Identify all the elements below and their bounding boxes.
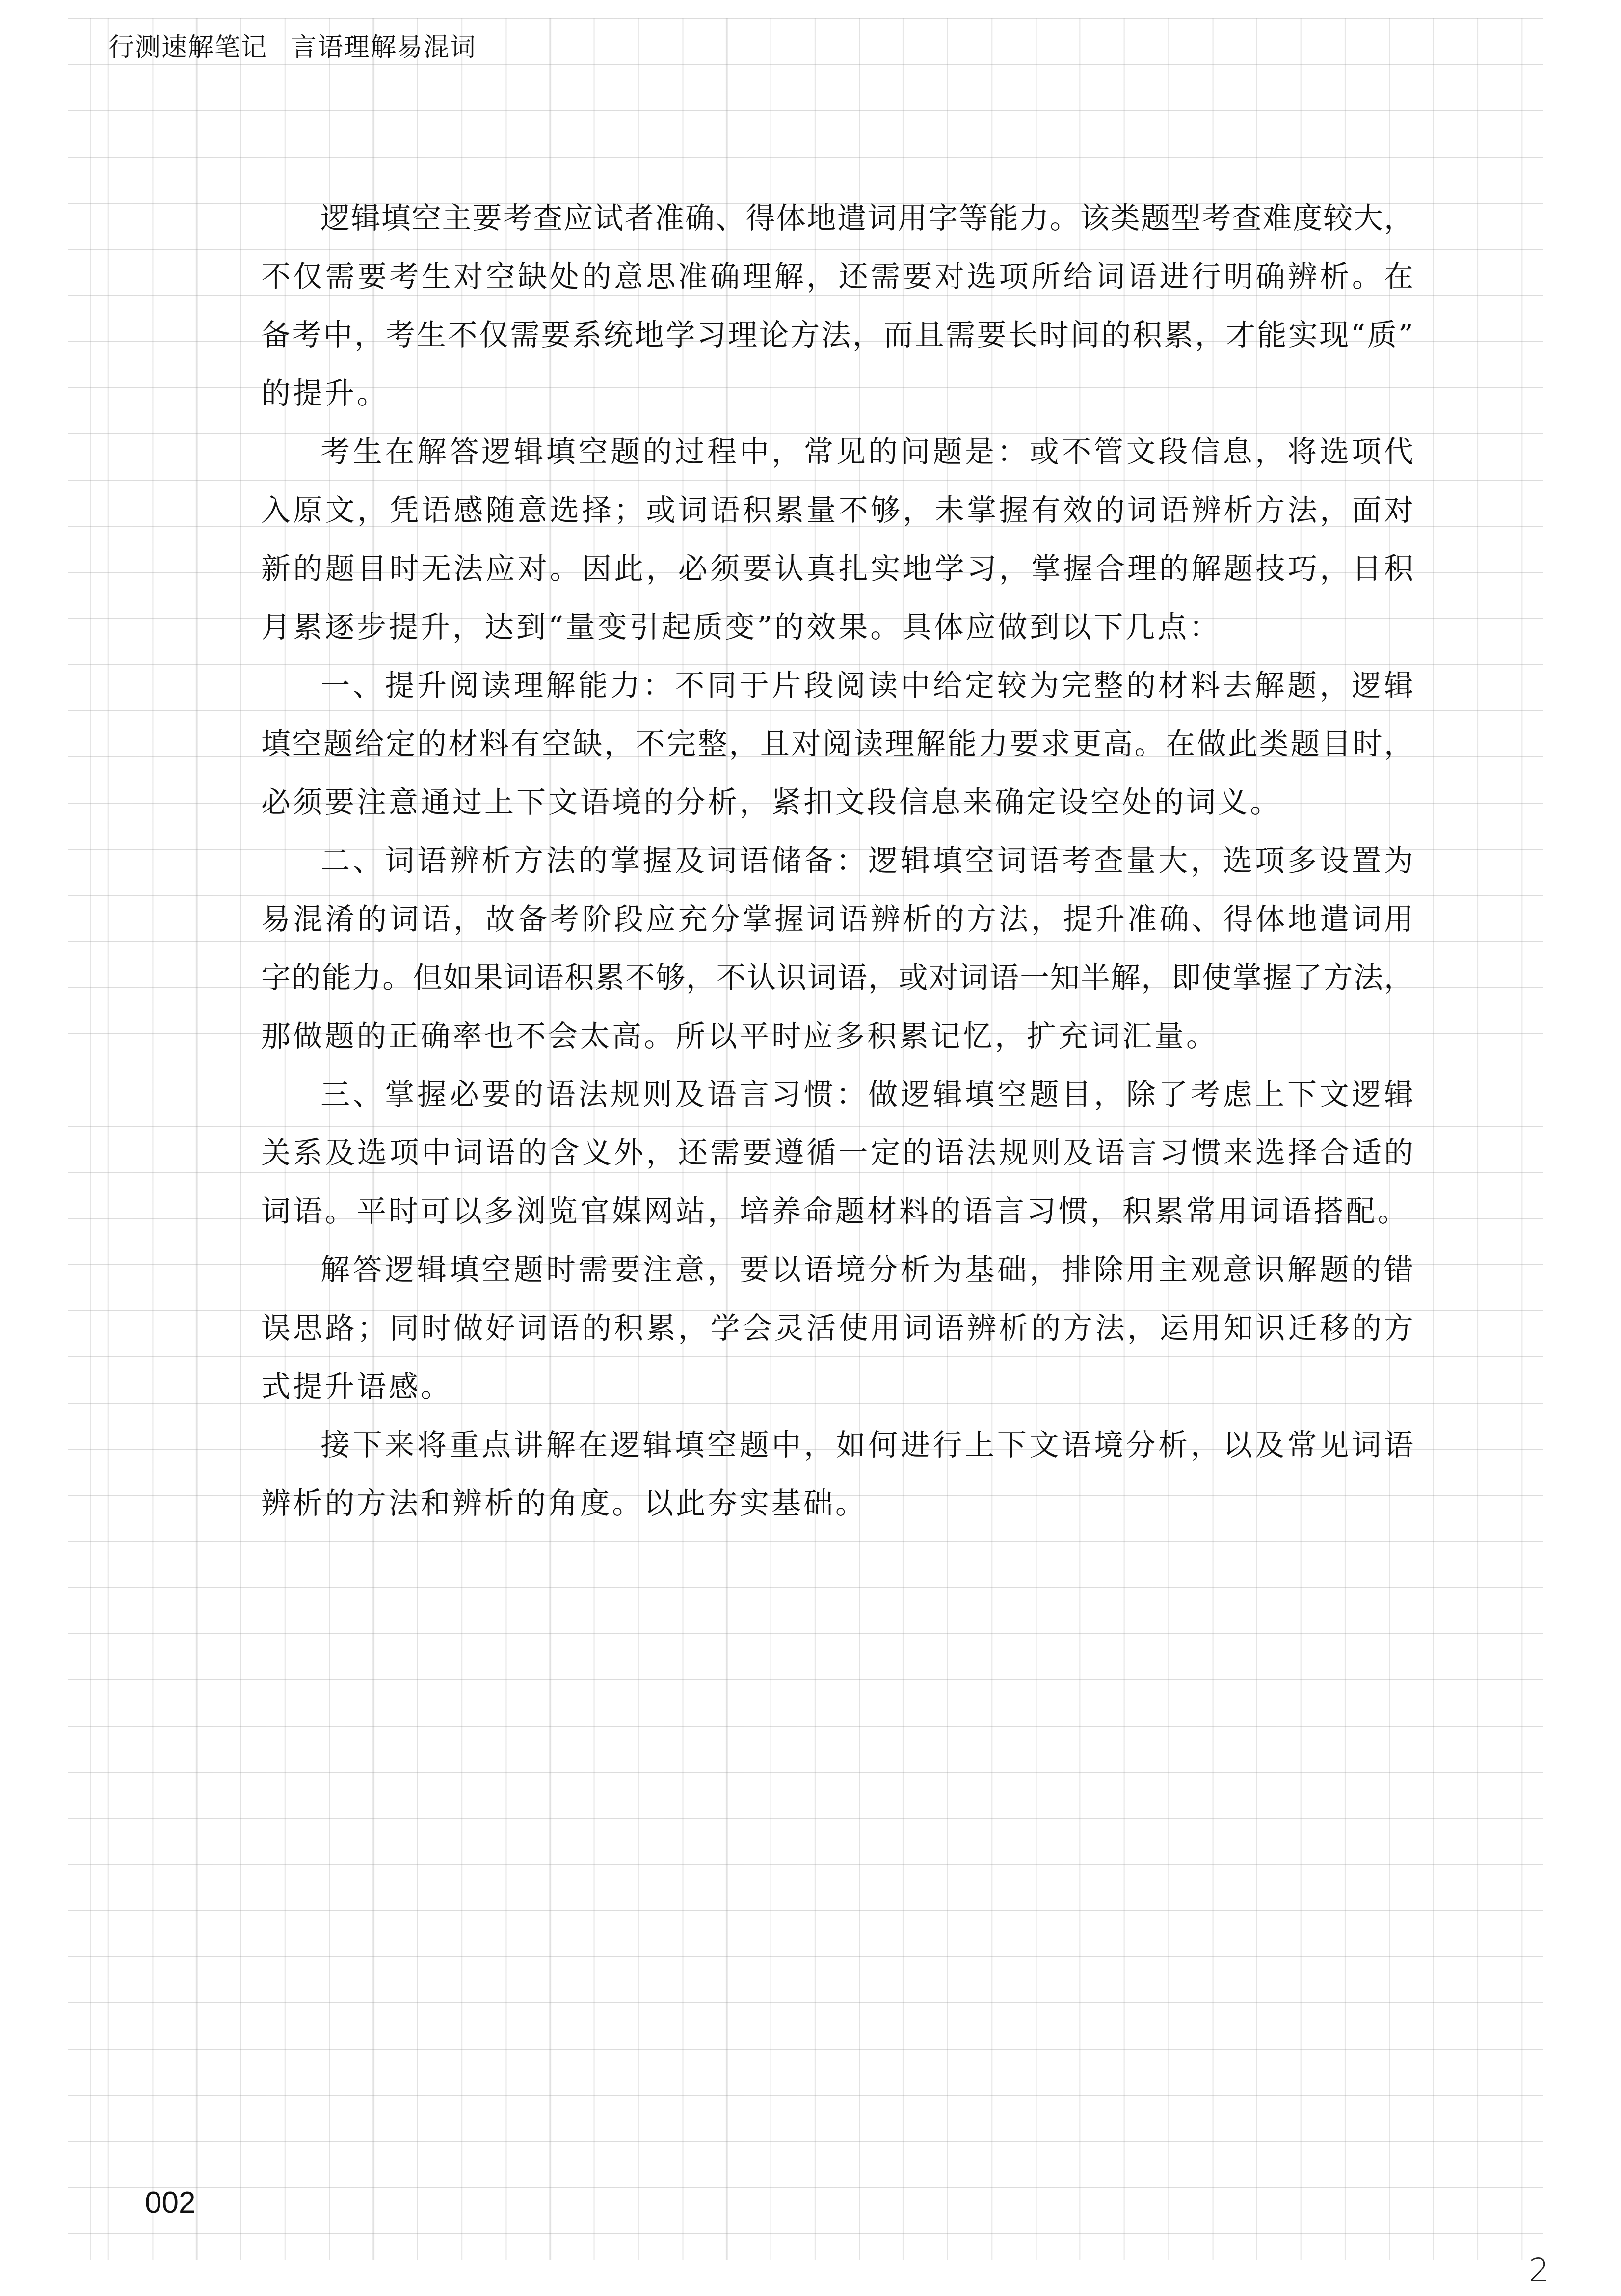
paragraph-1-line-2: 不仅需要考生对空缺处的意思准确理解，还需要对选项所给词语进行明确辨析。在 <box>261 248 1413 306</box>
paragraph-3-line-3: 必须要注意通过上下文语境的分析，紧扣文段信息来确定设空处的词义。 <box>261 774 1413 832</box>
paragraph-2-line-2: 入原文，凭语感随意选择；或词语积累量不够，未掌握有效的词语辨析方法，面对 <box>261 482 1413 540</box>
paragraph-5-line-1: 三、掌握必要的语法规则及语言习惯：做逻辑填空题目，除了考虑上下文逻辑 <box>261 1066 1413 1124</box>
paragraph-4-line-3: 字的能力。但如果词语积累不够，不认识词语，或对词语一知半解，即使掌握了方法， <box>261 949 1413 1007</box>
paragraph-4-line-2: 易混淆的词语，故备考阶段应充分掌握词语辨析的方法，提升准确、得体地遣词用 <box>261 891 1413 949</box>
paragraph-4-line-1: 二、词语辨析方法的掌握及词语储备：逻辑填空词语考查量大，选项多设置为 <box>261 832 1413 891</box>
book-title: 行测速解笔记 <box>108 33 267 62</box>
paragraph-5-line-3: 词语。平时可以多浏览官媒网站，培养命题材料的语言习惯，积累常用词语搭配。 <box>261 1183 1413 1241</box>
running-header: 行测速解笔记言语理解易混词 <box>108 30 477 65</box>
paragraph-6-line-3: 式提升语感。 <box>261 1358 1413 1416</box>
paragraph-6-line-2: 误思路；同时做好词语的积累，学会灵活使用词语辨析的方法，运用知识迁移的方 <box>261 1299 1413 1358</box>
paragraph-1-line-3: 备考中，考生不仅需要系统地学习理论方法，而且需要长时间的积累，才能实现“质” <box>261 306 1413 365</box>
body-text: 逻辑填空主要考查应试者准确、得体地遣词用字等能力。该类题型考查难度较大， 不仅需… <box>261 189 1413 1533</box>
paragraph-1-line-1: 逻辑填空主要考查应试者准确、得体地遣词用字等能力。该类题型考查难度较大， <box>261 189 1413 248</box>
paragraph-7-line-2: 辨析的方法和辨析的角度。以此夯实基础。 <box>261 1475 1413 1533</box>
paragraph-2-line-1: 考生在解答逻辑填空题的过程中，常见的问题是：或不管文段信息，将选项代 <box>261 423 1413 482</box>
corner-page-index: 2 <box>1529 2253 1549 2288</box>
paragraph-5-line-2: 关系及选项中词语的含义外，还需要遵循一定的语法规则及语言习惯来选择合适的 <box>261 1124 1413 1183</box>
paragraph-7-line-1: 接下来将重点讲解在逻辑填空题中，如何进行上下文语境分析，以及常见词语 <box>261 1416 1413 1475</box>
section-title: 言语理解易混词 <box>291 33 477 62</box>
paragraph-1-line-4: 的提升。 <box>261 365 1413 423</box>
paragraph-6-line-1: 解答逻辑填空题时需要注意，要以语境分析为基础，排除用主观意识解题的错 <box>261 1241 1413 1299</box>
paragraph-4-line-4: 那做题的正确率也不会太高。所以平时应多积累记忆，扩充词汇量。 <box>261 1007 1413 1066</box>
page-number: 002 <box>145 2186 195 2220</box>
paragraph-3-line-2: 填空题给定的材料有空缺，不完整，且对阅读理解能力要求更高。在做此类题目时， <box>261 715 1413 774</box>
paragraph-2-line-3: 新的题目时无法应对。因此，必须要认真扎实地学习，掌握合理的解题技巧，日积 <box>261 540 1413 598</box>
paragraph-3-line-1: 一、提升阅读理解能力：不同于片段阅读中给定较为完整的材料去解题，逻辑 <box>261 657 1413 715</box>
paragraph-2-line-4: 月累逐步提升，达到“量变引起质变”的效果。具体应做到以下几点： <box>261 598 1413 657</box>
